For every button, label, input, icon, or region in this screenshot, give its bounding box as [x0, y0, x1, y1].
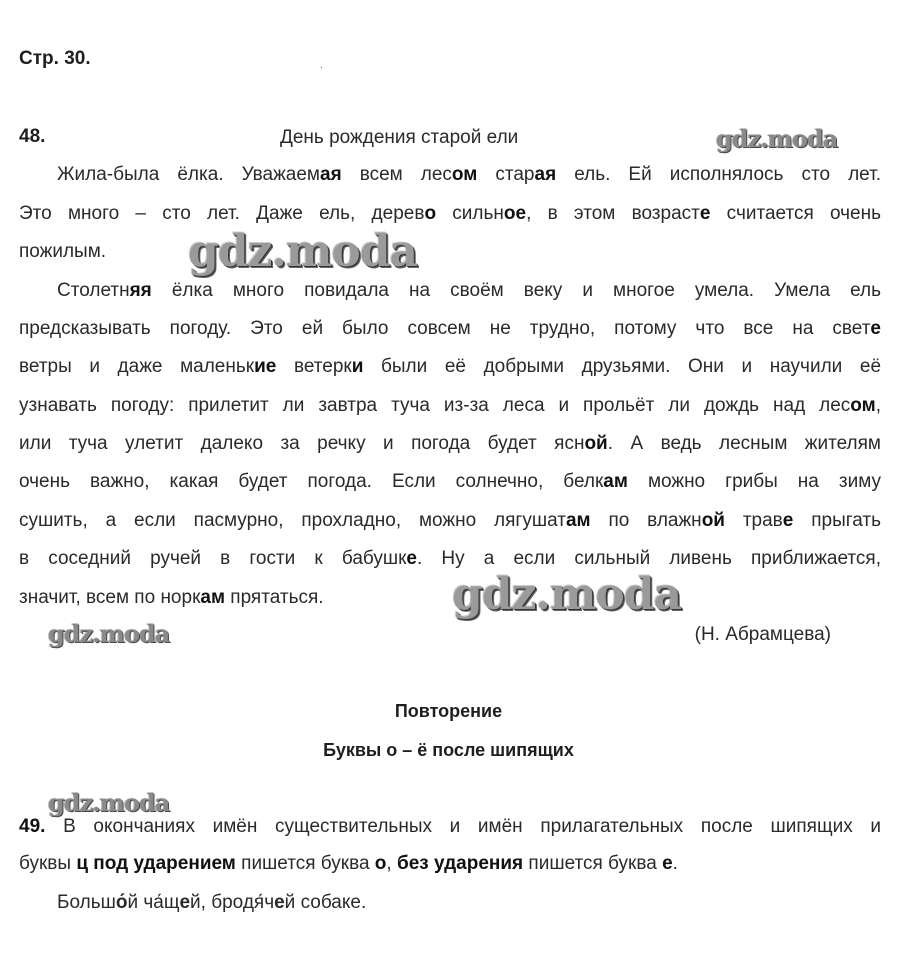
exercise-48-number: 48.	[19, 126, 45, 148]
highlighted-ending: о	[375, 853, 387, 874]
highlighted-ending: е	[179, 892, 190, 913]
watermark: gdz.moda	[188, 226, 417, 277]
author-credit: (Н. Абрамцева)	[695, 624, 831, 646]
highlighted-ending: о́	[116, 892, 128, 913]
text-run: Жила-была ёлка. Уважаем	[57, 164, 320, 185]
text-line: очень важно, какая будет погода. Если со…	[19, 471, 881, 493]
text-run: сушить, а если пасмурно, прохладно, можн…	[19, 510, 566, 531]
highlighted-ending: ое	[504, 203, 526, 224]
text-line: предсказывать погоду. Это ей было совсем…	[19, 318, 881, 340]
text-run: или туча улетит далеко за речку и погода…	[19, 433, 584, 454]
text-run: прыгать	[793, 510, 881, 531]
text-run: й ча́щ	[127, 892, 179, 913]
text-run: в соседний ручей в гости к бабушк	[19, 548, 406, 569]
text-run: по влажн	[591, 510, 702, 531]
highlighted-ending: е	[274, 892, 285, 913]
text-run: й, бродя́ч	[190, 892, 274, 913]
page-label: Стр. 30.	[19, 48, 91, 70]
stray-mark: .	[320, 60, 323, 71]
text-run: трав	[725, 510, 783, 531]
text-run: были её добрыми друзьями. Они и научили …	[363, 356, 881, 377]
text-run: . Ну а если сильный ливень приближается,	[417, 548, 881, 569]
text-run: прятаться.	[225, 587, 324, 608]
highlighted-ending: и	[352, 356, 364, 377]
exercise-48-title: День рождения старой ели	[280, 127, 518, 149]
text-run: буквы	[19, 853, 76, 874]
text-line: узнавать погоду: прилетит ли завтра туча…	[19, 395, 881, 417]
text-line: Жила-была ёлка. Уважаемая всем лесом ста…	[19, 164, 881, 186]
text-run: Больш	[57, 892, 116, 913]
highlighted-ending: ам	[200, 587, 225, 608]
highlighted-ending: ом	[850, 395, 875, 416]
highlighted-ending: ой	[584, 433, 607, 454]
highlighted-ending: без ударения	[397, 853, 523, 874]
text-line: буквы ц под ударением пишется буква о, б…	[19, 853, 881, 875]
highlighted-ending: ая	[320, 164, 342, 185]
highlighted-ending: е	[870, 318, 881, 339]
section-heading: Повторение	[0, 701, 897, 722]
text-run: стар	[477, 164, 534, 185]
text-run: , в этом возраст	[526, 203, 700, 224]
exercise-49-number: 49.	[19, 816, 45, 837]
text-run: значит, всем по норк	[19, 587, 200, 608]
text-run: пожилым.	[19, 241, 106, 262]
text-run: считается очень	[710, 203, 881, 224]
highlighted-ending: яя	[130, 280, 152, 301]
text-run: ёлка много повидала на своём веку и мног…	[152, 280, 881, 301]
exercise-49-example: Большо́й ча́щей, бродя́чей собаке.	[57, 892, 366, 914]
text-line: Это много – сто лет. Даже ель, дерево си…	[19, 203, 881, 225]
watermark: gdz.moda	[716, 124, 837, 153]
highlighted-ending: ие	[254, 356, 276, 377]
text-line: ветры и даже маленькие ветерки были её д…	[19, 356, 881, 378]
highlighted-ending: о	[424, 203, 436, 224]
text-run: очень важно, какая будет погода. Если со…	[19, 471, 603, 492]
text-run: ,	[386, 853, 397, 874]
text-run: пишется буква	[236, 853, 375, 874]
text-run: ветры и даже маленьк	[19, 356, 254, 377]
highlighted-ending: ой	[702, 510, 725, 531]
highlighted-ending: е	[406, 548, 417, 569]
text-run: пишется буква	[523, 853, 662, 874]
highlighted-ending: ом	[452, 164, 477, 185]
text-line: в соседний ручей в гости к бабушке. Ну а…	[19, 548, 881, 570]
highlighted-ending: ам	[603, 471, 628, 492]
text-line: Столетняя ёлка много повидала на своём в…	[19, 280, 881, 302]
text-line: или туча улетит далеко за речку и погода…	[19, 433, 881, 455]
highlighted-ending: е	[783, 510, 794, 531]
text-run: Столетн	[57, 280, 130, 301]
text-run: . А ведь лесным жителям	[608, 433, 881, 454]
text-run: предсказывать погоду. Это ей было совсем…	[19, 318, 870, 339]
text-run: .	[673, 853, 678, 874]
highlighted-ending: ая	[535, 164, 557, 185]
highlighted-ending: ц под ударением	[76, 853, 236, 874]
text-run: сильн	[436, 203, 504, 224]
section-subheading: Буквы о – ё после шипящих	[0, 740, 897, 761]
highlighted-ending: е	[700, 203, 711, 224]
text-run: В окончаниях имён существительных и имён…	[45, 816, 881, 837]
text-run: Это много – сто лет. Даже ель, дерев	[19, 203, 424, 224]
watermark: gdz.moda	[48, 788, 169, 817]
text-run: всем лес	[342, 164, 452, 185]
text-line: пожилым.	[19, 241, 881, 263]
watermark: gdz.moda	[452, 569, 681, 620]
watermark: gdz.moda	[48, 619, 169, 648]
text-line: 49. В окончаниях имён существительных и …	[19, 816, 881, 838]
text-line: сушить, а если пасмурно, прохладно, можн…	[19, 510, 881, 532]
text-run: узнавать погоду: прилетит ли завтра туча…	[19, 395, 850, 416]
text-run: й собаке.	[285, 892, 367, 913]
highlighted-ending: ам	[566, 510, 591, 531]
text-run: ветерк	[276, 356, 351, 377]
text-line: значит, всем по норкам прятаться.	[19, 587, 881, 609]
text-run: ель. Ей исполнялось сто лет.	[556, 164, 881, 185]
highlighted-ending: е	[662, 853, 673, 874]
text-run: можно грибы на зиму	[628, 471, 881, 492]
text-run: ,	[876, 395, 881, 416]
